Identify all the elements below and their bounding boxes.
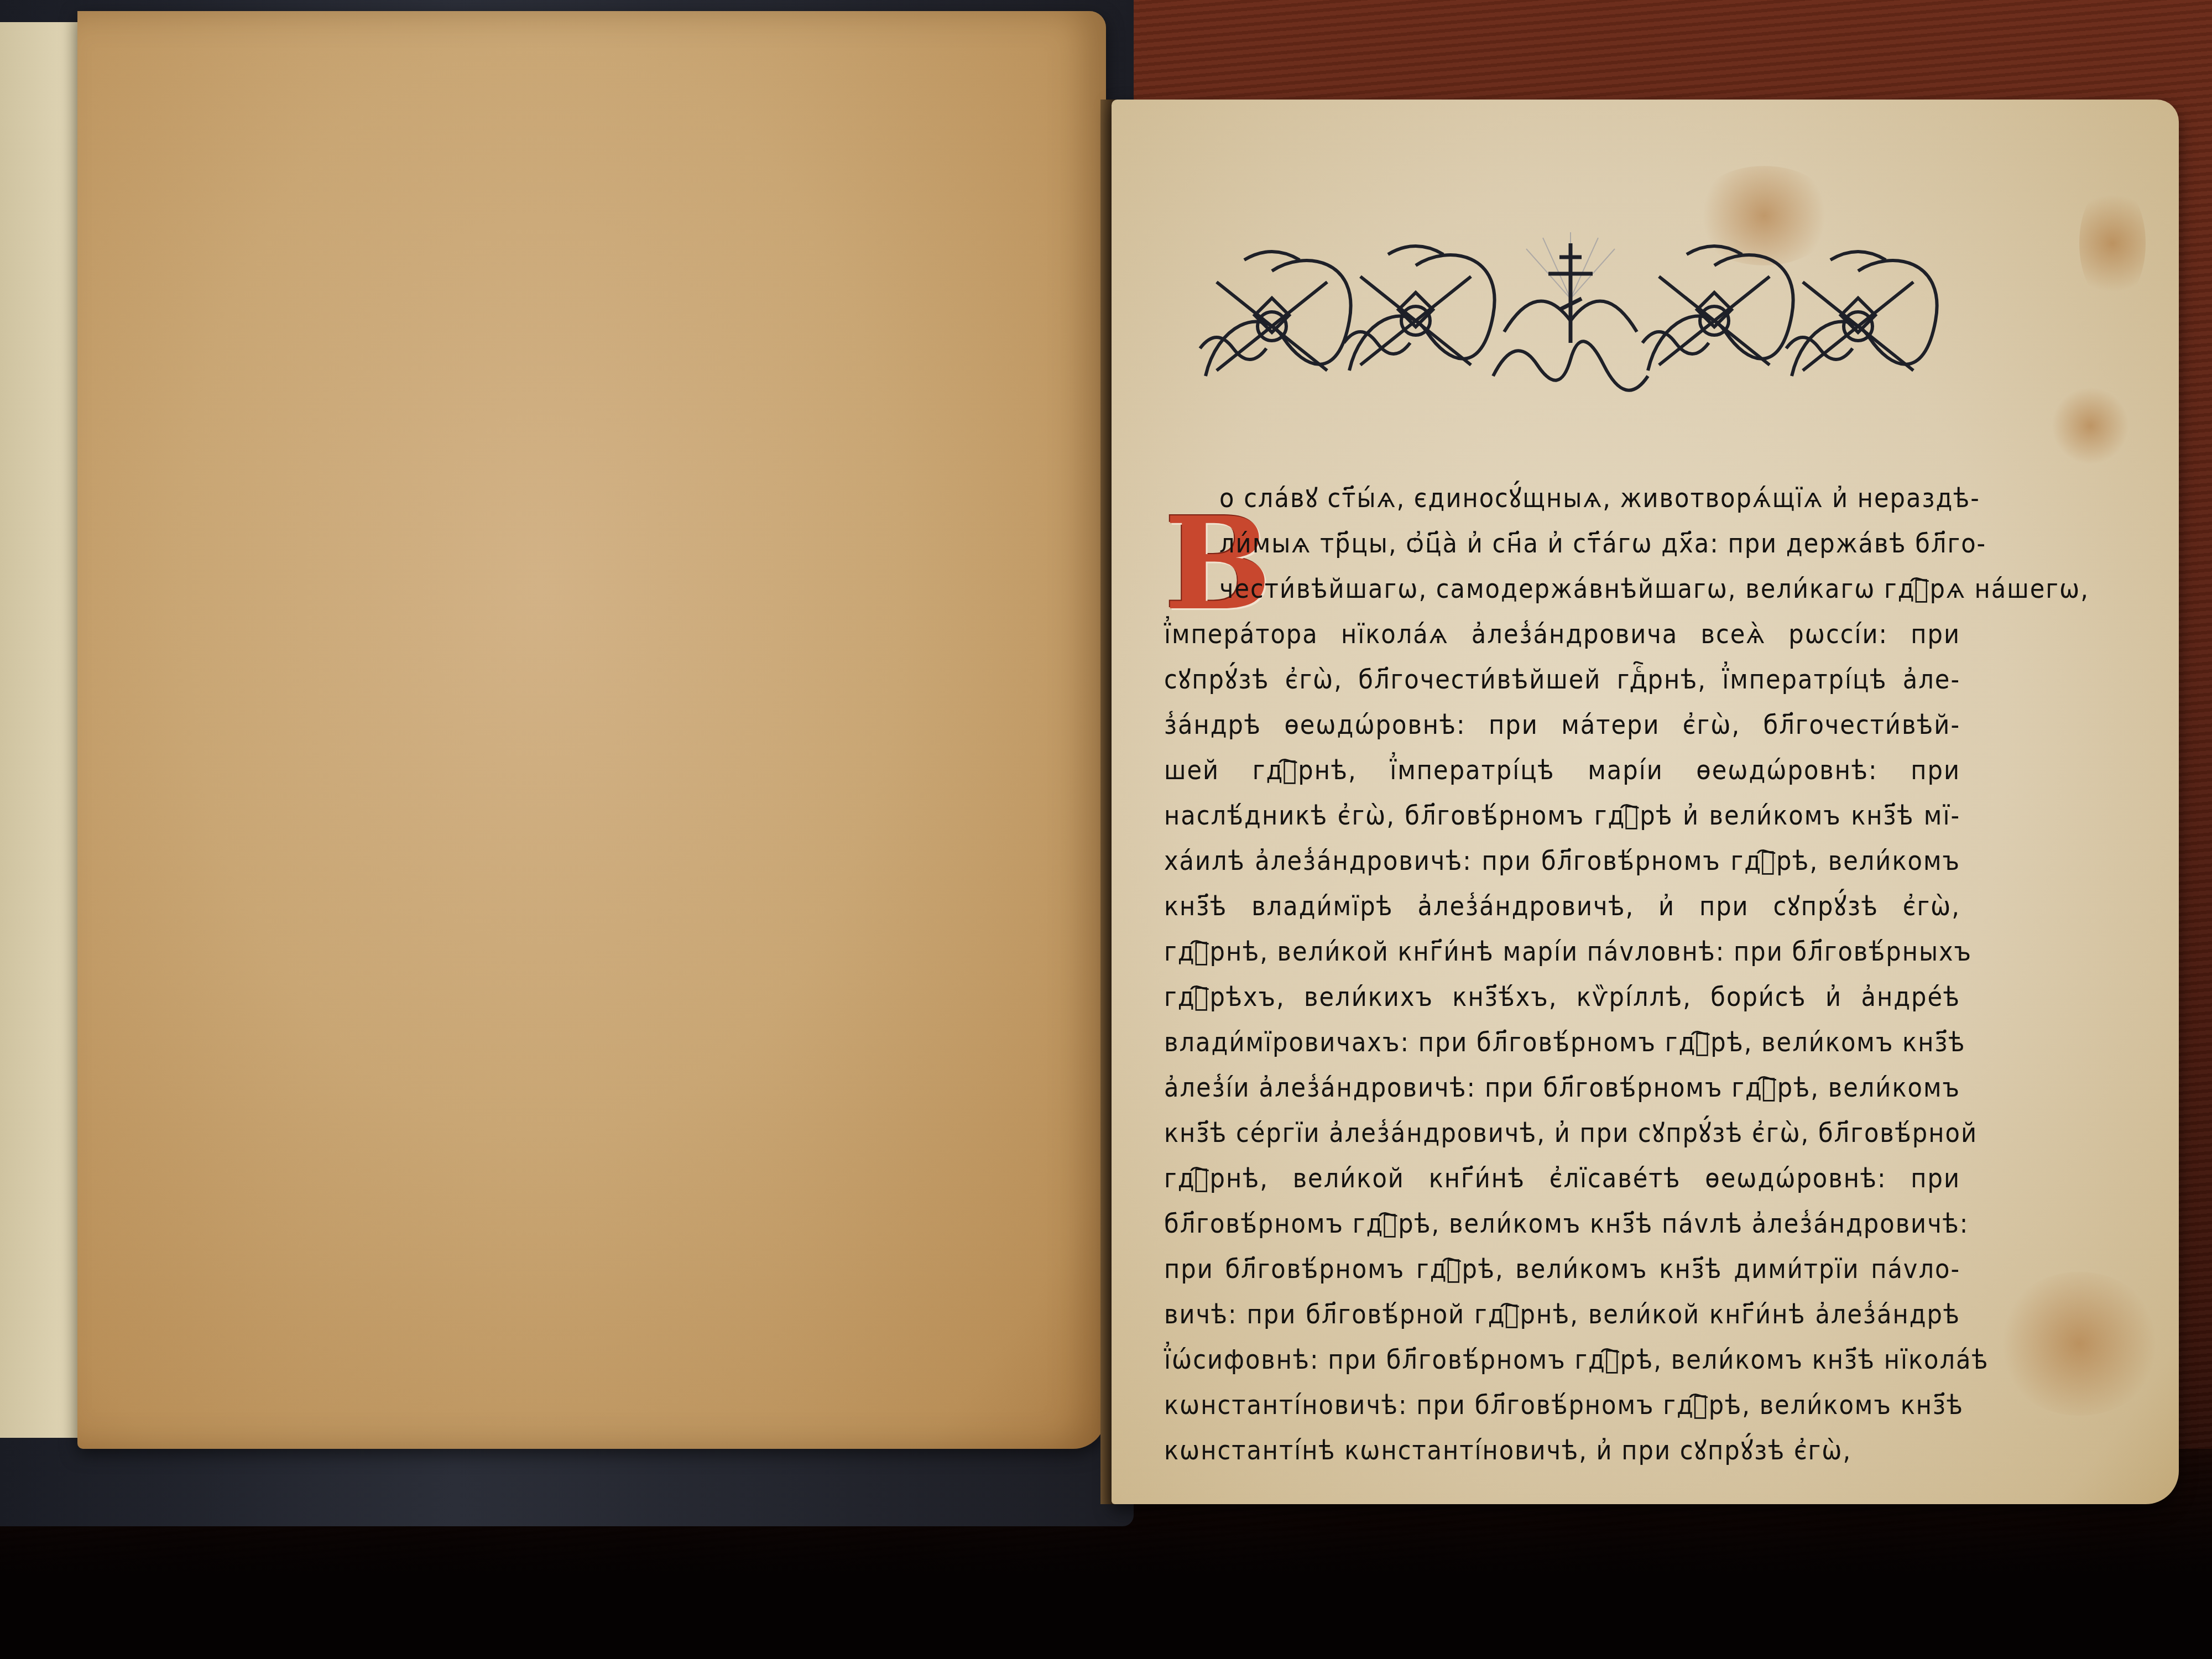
- page-text: о сла́вꙋ ст҃ы́ѧ, єдиносꙋ́щныѧ, животворѧ…: [1164, 476, 1960, 1473]
- text-line: гдⷭ҇рнѣ, вели́кой кнг҃и́нѣ марі́и па́vло…: [1164, 929, 1960, 974]
- text-line: гдⷭ҇рѣхъ, вели́кихъ кнз҃ѣ́хъ, кѷрі́ллѣ, …: [1164, 974, 1960, 1020]
- ornamental-headpiece-icon: [1194, 232, 1947, 393]
- text-line: наслѣ́дникѣ є҆гѡ̀, бл҃говѣ́рномъ гдⷭ҇рѣ …: [1164, 793, 1960, 838]
- text-line: гдⷭ҇рнѣ, вели́кой кнг҃и́нѣ є҆лїсаве́тѣ ѳ…: [1164, 1156, 1960, 1201]
- text-line: сꙋпрꙋ́зѣ є҆гѡ̀, бл҃гочести́вѣйшей гдⷭ҇рн…: [1164, 657, 1960, 702]
- text-line: а҆лез̾і́и а҆лез̾а́ндровичѣ: при бл҃говѣ́…: [1164, 1065, 1960, 1110]
- text-line: ли́мыѧ тр҃цы, ѻ҆ц҃а̀ и҆ сн҃а и҆ ст҃а́гѡ …: [1164, 521, 1960, 566]
- text-line: кнз҃ѣ се́ргїи а҆лез̾а́ндровичѣ, и҆ при с…: [1164, 1110, 1960, 1156]
- foxing-stain: [2079, 182, 2146, 304]
- text-line: ї҆ѡ́сифовнѣ: при бл҃говѣ́рномъ гдⷭ҇рѣ, в…: [1164, 1337, 1960, 1383]
- foxing-stain: [1996, 1272, 2162, 1416]
- text-line: ї҆мпера́тора нїкола́ѧ а҆лез̾а́ндровича в…: [1164, 612, 1960, 657]
- text-line: кѡнстанті́нѣ кѡнстанті́новичѣ, и҆ при сꙋ…: [1164, 1428, 1960, 1473]
- text-line: вичѣ: при бл҃говѣ́рной гдⷭ҇рнѣ, вели́кой…: [1164, 1292, 1960, 1337]
- text-line: бл҃говѣ́рномъ гдⷭ҇рѣ, вели́комъ кнз҃ѣ па…: [1164, 1201, 1960, 1246]
- foxing-stain: [2052, 387, 2129, 465]
- text-line: шей гдⷭ҇рнѣ, ї҆мператрі́цѣ марі́и ѳеѡдѡ́…: [1164, 748, 1960, 793]
- text-line: з̾а́ндрѣ ѳеѡдѡ́ровнѣ: при ма́тери є҆гѡ̀,…: [1164, 702, 1960, 748]
- text-line: кнз҃ѣ влади́мїрѣ а҆лез̾а́ндровичѣ, и҆ пр…: [1164, 884, 1960, 929]
- text-line: ха́илѣ а҆лез̾а́ндровичѣ: при бл҃говѣ́рно…: [1164, 838, 1960, 884]
- text-line: влади́мїровичахъ: при бл҃говѣ́рномъ гдⷭ҇…: [1164, 1020, 1960, 1065]
- text-line: кѡнстанті́новичѣ: при бл҃говѣ́рномъ гдⷭ҇…: [1164, 1383, 1960, 1428]
- left-page-blank: [77, 11, 1106, 1449]
- text-line: чести́вѣйшагѡ, самодержа́внѣйшагѡ, вели́…: [1164, 566, 1960, 612]
- text-line: при бл҃говѣ́рномъ гдⷭ҇рѣ, вели́комъ кнз҃…: [1164, 1246, 1960, 1292]
- text-line: о сла́вꙋ ст҃ы́ѧ, єдиносꙋ́щныѧ, животворѧ…: [1164, 476, 1960, 521]
